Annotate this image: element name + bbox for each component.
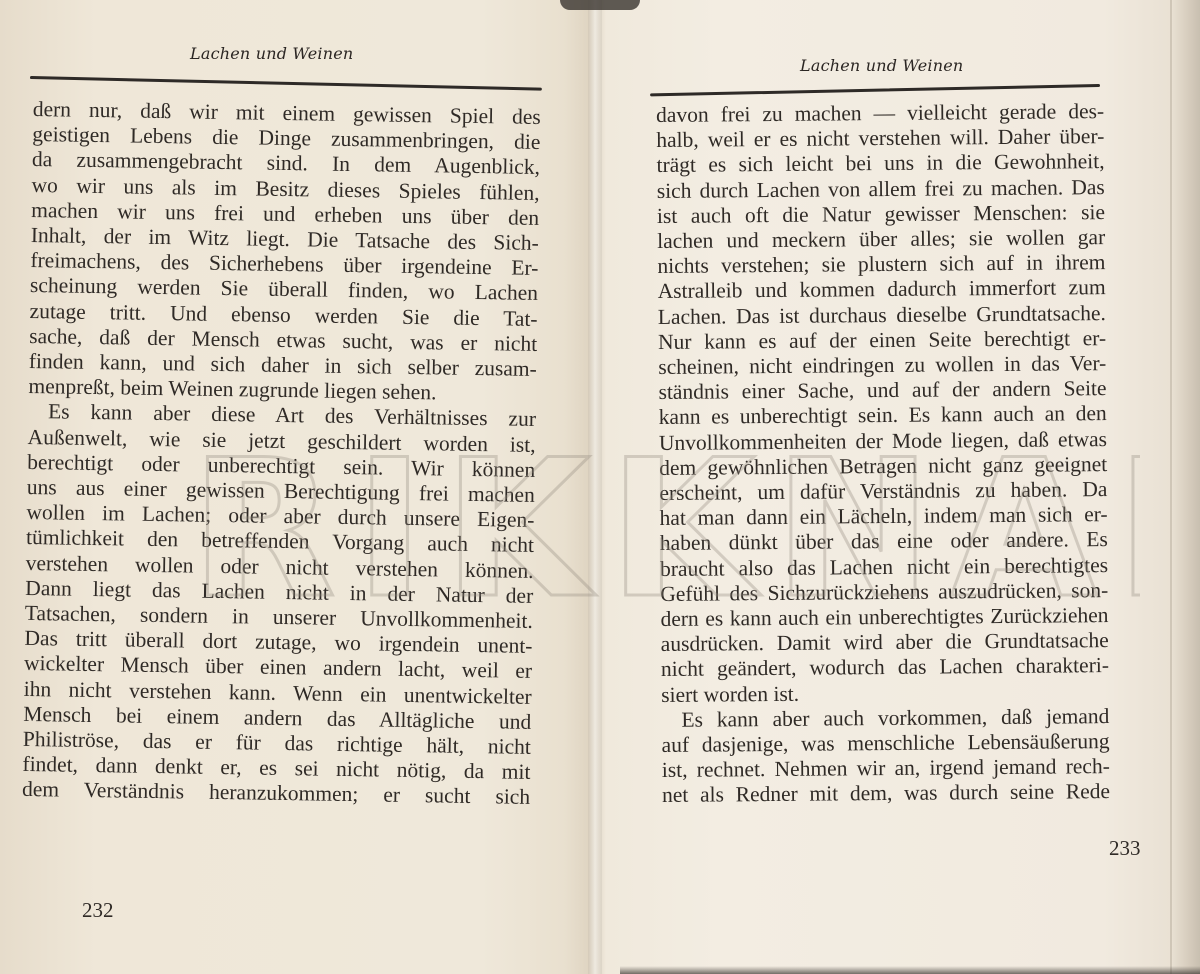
text-line: Gefühl des Sichzurückziehens auszudrücke… bbox=[660, 578, 1108, 607]
text-line: braucht also das Lachen nicht ein berech… bbox=[660, 553, 1108, 582]
text-line: trägt es sich leicht bei uns in die Gewo… bbox=[656, 149, 1104, 178]
text-line: Nur kann es auf der einen Seite berechti… bbox=[658, 326, 1106, 355]
text-line: dem gewöhnlichen Betragen nicht ganz gee… bbox=[659, 452, 1107, 481]
text-line: davon frei zu machen — vielleicht gerade… bbox=[656, 99, 1104, 128]
text-line: lachen und meckern über alles; sie wolle… bbox=[657, 225, 1105, 254]
header-rule-left bbox=[30, 76, 542, 91]
text-line: Lachen. Das ist durchaus dieselbe Grundt… bbox=[658, 301, 1106, 330]
text-line: ist auch oft die Natur gewisser Menschen… bbox=[657, 200, 1105, 229]
right-page-body: davon frei zu machen — vielleicht gerade… bbox=[656, 99, 1110, 809]
text-line: Es kann aber auch vorkommen, daß jemand bbox=[661, 704, 1109, 733]
left-page: Lachen und Weinen dern nur, daß wir mit … bbox=[30, 0, 570, 974]
top-shadow bbox=[560, 0, 640, 10]
text-line: nichts verstehen; sie plustern sich auf … bbox=[657, 250, 1105, 279]
text-line: scheinen, nicht eindringen zu wollen in … bbox=[658, 351, 1106, 380]
text-line: net als Redner mit dem, was durch seine … bbox=[662, 780, 1110, 809]
page-number-left: 232 bbox=[82, 898, 114, 923]
page-edge bbox=[1170, 0, 1200, 974]
text-line: halb, weil er es nicht verstehen will. D… bbox=[656, 124, 1104, 153]
page-number-right: 233 bbox=[1109, 836, 1141, 861]
text-line: ständnis einer Sache, und auf der andern… bbox=[658, 376, 1106, 405]
text-line: hat man dann ein Lächeln, indem man sich… bbox=[660, 502, 1108, 531]
text-line: ist, rechnet. Nehmen wir an, irgend jema… bbox=[662, 754, 1110, 783]
left-page-body: dern nur, daß wir mit einem gewissen Spi… bbox=[22, 97, 541, 811]
text-line: ausdrücken. Damit wird aber die Grundtat… bbox=[661, 628, 1109, 657]
text-line: siert worden ist. bbox=[661, 679, 1109, 708]
text-line: erscheint, um dafür Verständnis zu haben… bbox=[659, 477, 1107, 506]
running-head-right: Lachen und Weinen bbox=[800, 56, 963, 75]
running-head-left: Lachen und Weinen bbox=[190, 44, 353, 63]
text-line: haben dünkt über das eine oder andere. E… bbox=[660, 528, 1108, 557]
text-line: sich durch Lachen von allem frei zu mach… bbox=[657, 175, 1105, 204]
header-rule-right bbox=[650, 84, 1100, 96]
text-line: nicht geändert, wodurch das Lachen chara… bbox=[661, 654, 1109, 683]
book-gutter bbox=[588, 0, 602, 974]
text-line: Unvollkommenheiten der Mode liegen, daß … bbox=[659, 427, 1107, 456]
text-line: dern es kann auch ein unberechtigtes Zur… bbox=[660, 603, 1108, 632]
text-line: kann es unberechtigt sein. Es kann auch … bbox=[659, 402, 1107, 431]
text-line: Astralleib und kommen dadurch immerfort … bbox=[658, 276, 1106, 305]
right-page: Lachen und Weinen davon frei zu machen —… bbox=[640, 0, 1140, 974]
text-line: auf dasjenige, was menschliche Lebensäuß… bbox=[661, 729, 1109, 758]
